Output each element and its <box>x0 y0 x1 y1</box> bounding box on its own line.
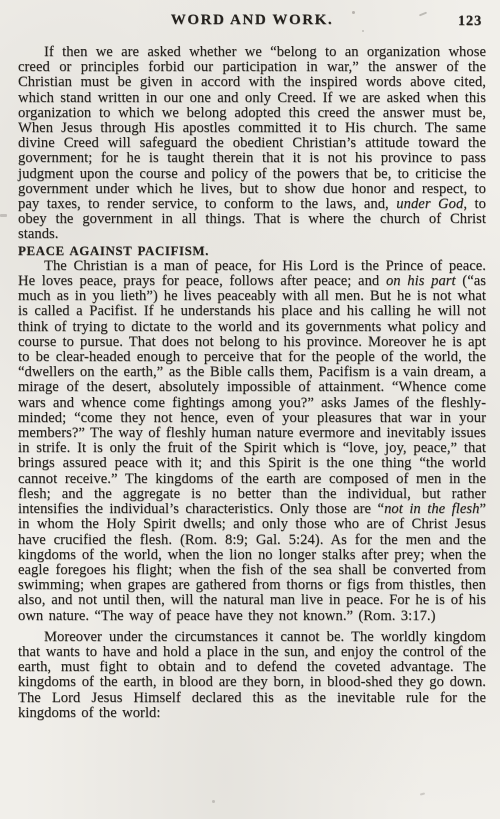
page-header: WORD AND WORK. 123 <box>18 12 486 32</box>
scan-speck <box>0 214 7 217</box>
article-body: If then we are asked whether we “belong … <box>18 45 486 721</box>
body-paragraph: Moreover under the circumstances it cann… <box>18 630 486 721</box>
body-paragraph: The Christian is a man of peace, for His… <box>18 259 486 624</box>
text-run: PEACE AGAINST PACIFISM. <box>18 244 209 258</box>
text-run: ” in whom the Holy Spirit dwells; and on… <box>18 501 486 623</box>
italic-text-run: not in the flesh <box>384 501 479 517</box>
text-run: (“as much as in you lieth”) he lives pea… <box>18 273 486 517</box>
italic-text-run: on his part <box>386 273 456 289</box>
running-title: WORD AND WORK. <box>18 12 486 29</box>
text-run: If then we are asked whether we “belong … <box>18 44 486 212</box>
page-number: 123 <box>458 13 482 30</box>
section-heading: PEACE AGAINST PACIFISM. <box>18 244 486 259</box>
scanned-page: WORD AND WORK. 123 If then we are asked … <box>0 0 500 819</box>
text-run: Moreover under the circumstances it cann… <box>18 629 486 721</box>
italic-text-run: under God <box>396 196 463 212</box>
scan-speck <box>212 800 215 803</box>
scan-speck <box>420 792 425 795</box>
body-paragraph: If then we are asked whether we “belong … <box>18 45 486 243</box>
